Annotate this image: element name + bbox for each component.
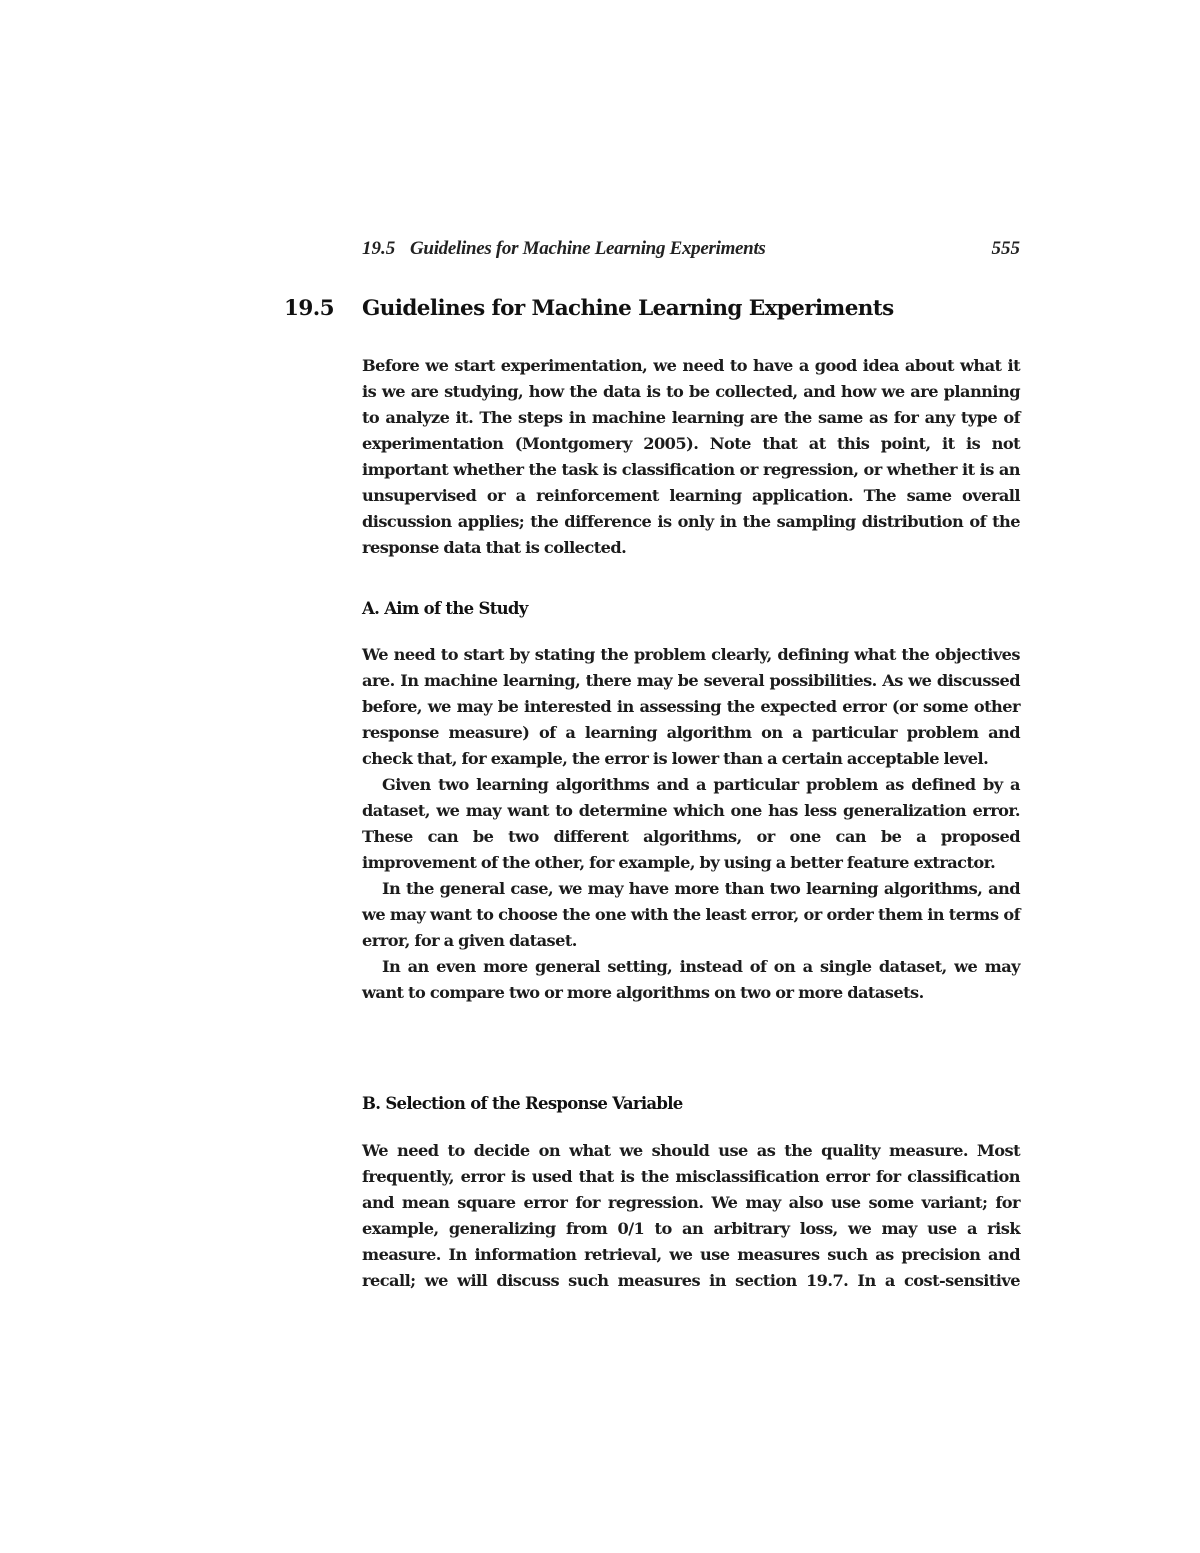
page-number: 555 — [992, 238, 1021, 260]
paragraph: Given two learning algorithms and a part… — [362, 772, 1020, 876]
section-heading: 19.5 Guidelines for Machine Learning Exp… — [284, 296, 1044, 330]
running-head: 19.5 Guidelines for Machine Learning Exp… — [362, 238, 1020, 262]
paragraph: In the general case, we may have more th… — [362, 876, 1020, 954]
running-head-section-number: 19.5 — [362, 238, 395, 260]
subsection-aim-body: We need to start by stating the problem … — [362, 642, 1020, 1006]
paragraph: We need to start by stating the problem … — [362, 642, 1020, 772]
section-number: 19.5 — [284, 296, 334, 321]
section-intro: Before we start experimentation, we need… — [362, 353, 1020, 561]
subsection-heading-aim: A. Aim of the Study — [362, 599, 528, 618]
paragraph: We need to decide on what we should use … — [362, 1138, 1020, 1294]
intro-paragraph: Before we start experimentation, we need… — [362, 353, 1020, 561]
paragraph: In an even more general setting, instead… — [362, 954, 1020, 1006]
running-head-title: Guidelines for Machine Learning Experime… — [410, 238, 766, 260]
subsection-response-variable-body: We need to decide on what we should use … — [362, 1138, 1020, 1294]
subsection-heading-response-variable: B. Selection of the Response Variable — [362, 1094, 683, 1113]
section-title: Guidelines for Machine Learning Experime… — [362, 296, 894, 321]
